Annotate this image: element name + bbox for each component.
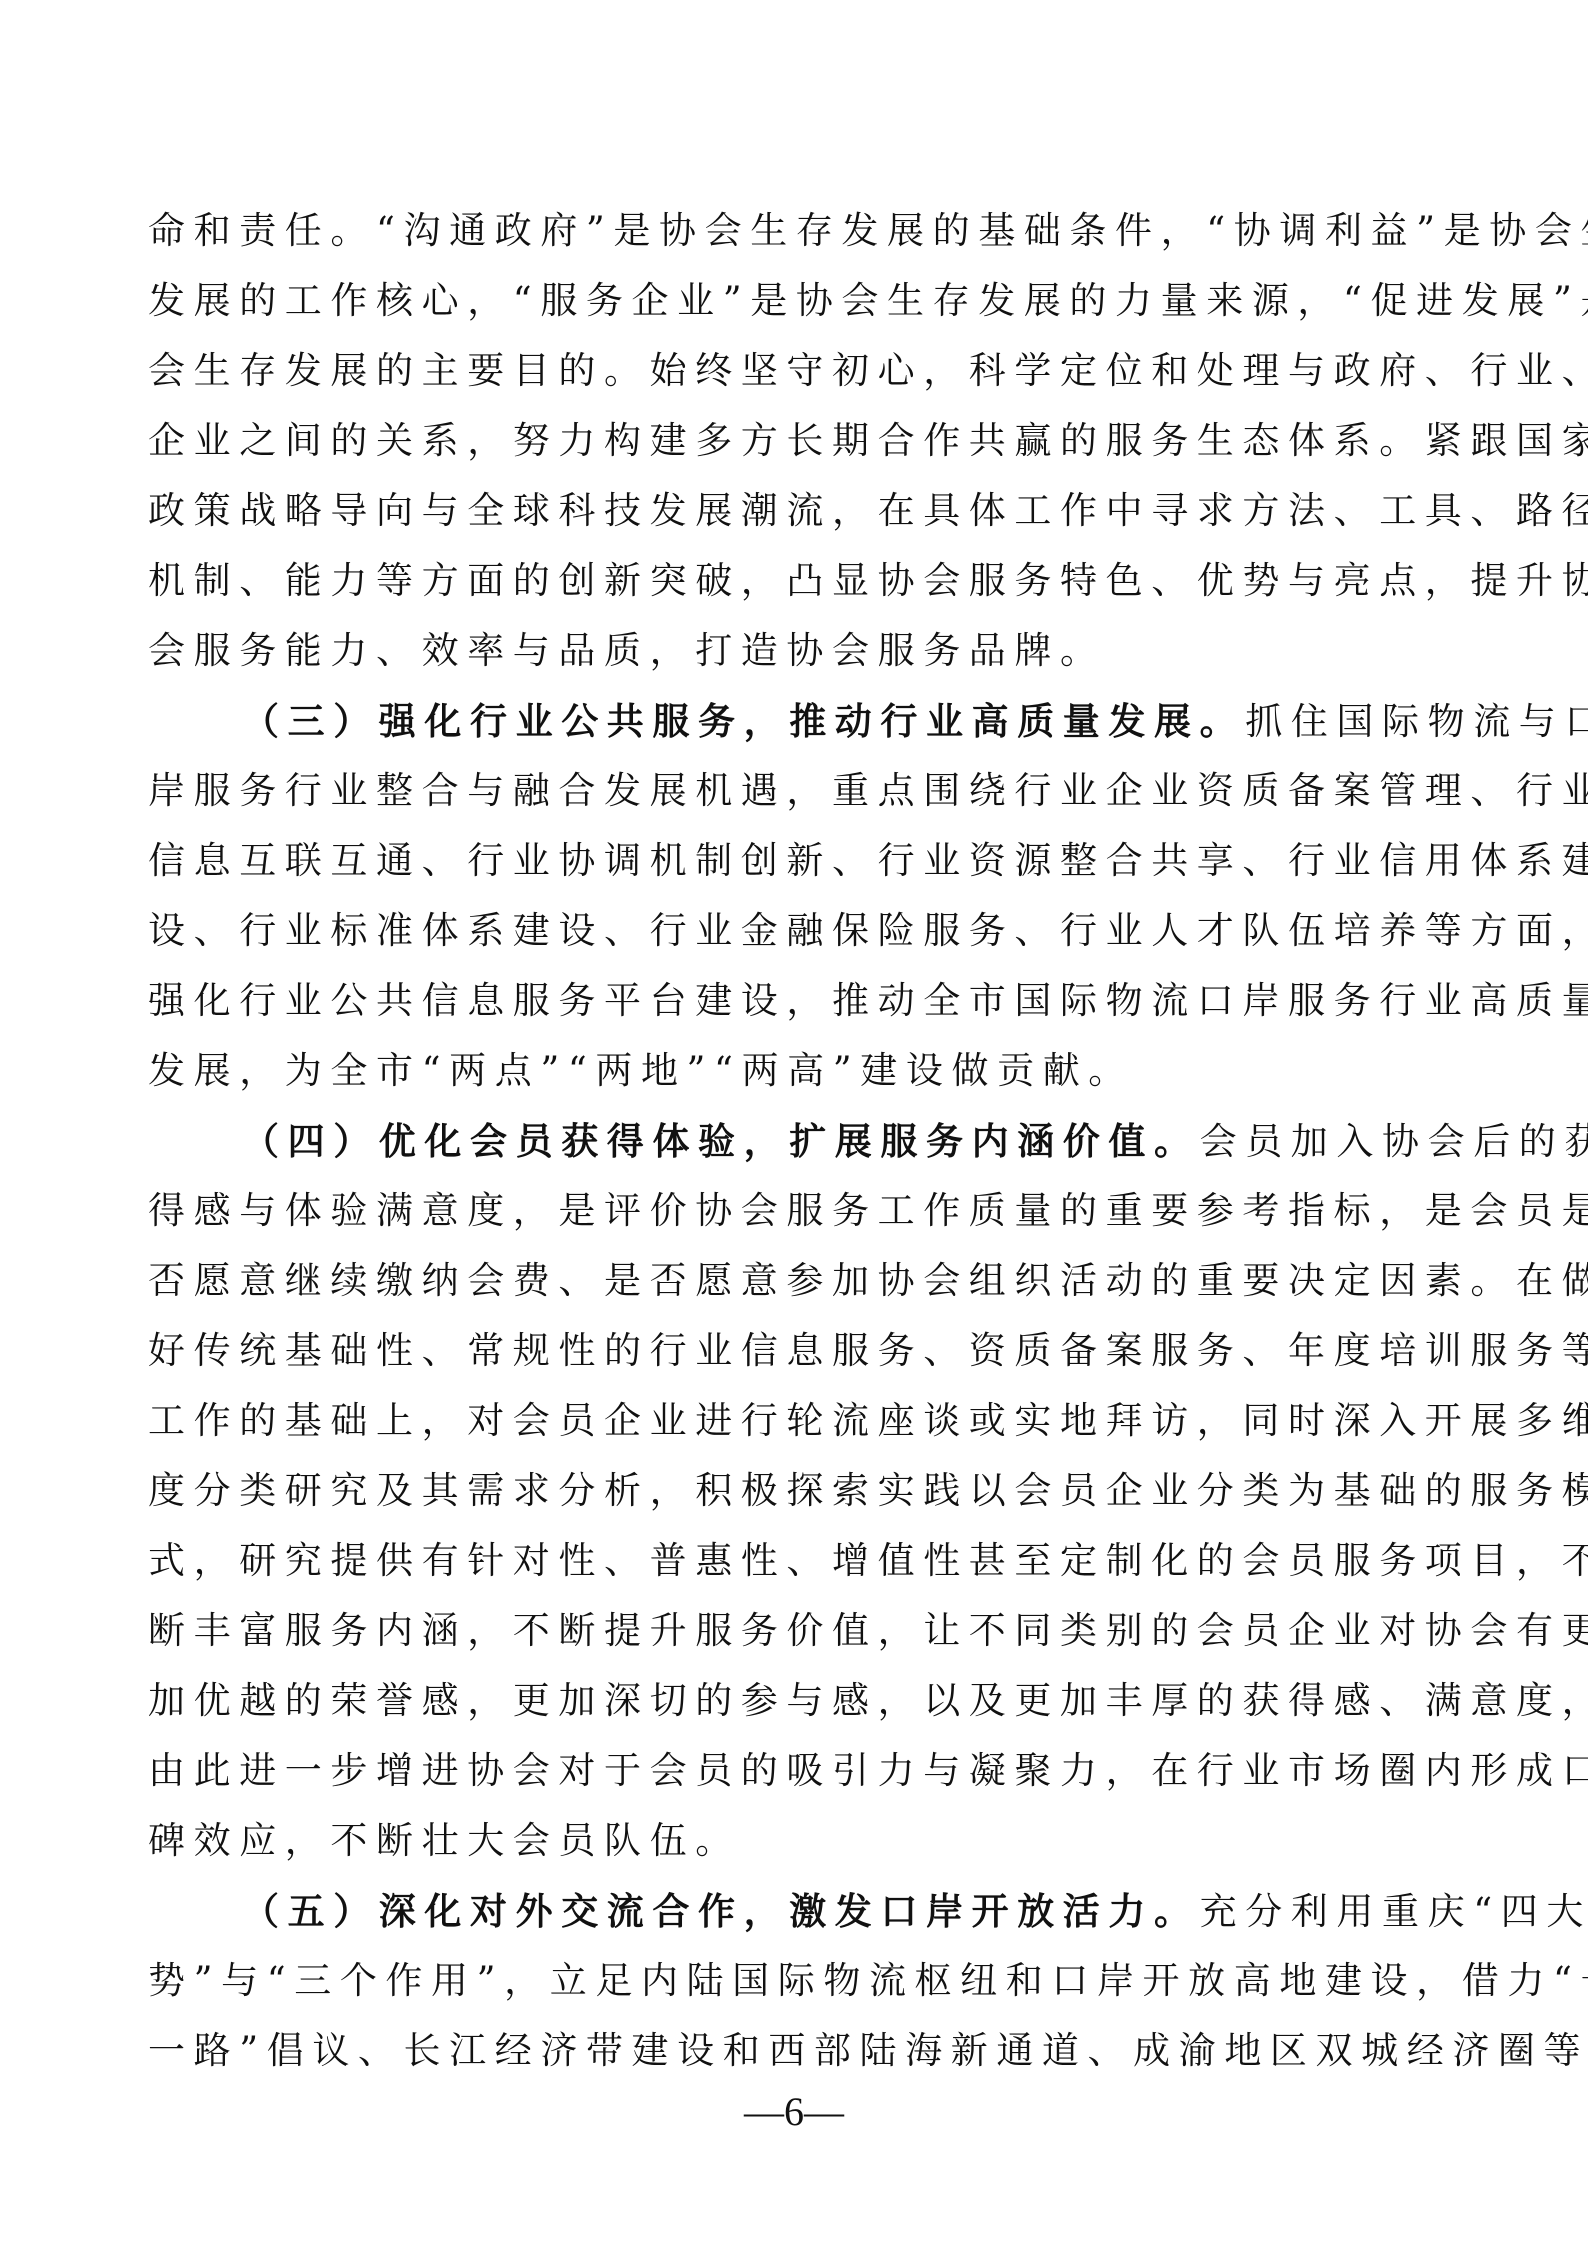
section-first-line: （三）强化行业公共服务，推动行业高质量发展。抓住国际物流与口 bbox=[148, 686, 1454, 756]
text-line: 命和责任。“沟通政府”是协会生存发展的基础条件，“协调利益”是协会生存 bbox=[148, 196, 1454, 266]
paragraph-section-5: （五）深化对外交流合作，激发口岸开放活力。充分利用重庆“四大优 势”与“三个作用… bbox=[148, 1876, 1454, 2086]
section-heading: （四）优化会员获得体验，扩展服务内涵价值。 bbox=[242, 1119, 1200, 1163]
section-heading: （五）深化对外交流合作，激发口岸开放活力。 bbox=[242, 1889, 1200, 1933]
text-line: 一路”倡议、长江经济带建设和西部陆海新通道、成渝地区双城经济圈等国 bbox=[148, 2016, 1454, 2086]
section-text: 会员加入协会后的获 bbox=[1200, 1120, 1588, 1163]
section-heading: （三）强化行业公共服务，推动行业高质量发展。 bbox=[242, 699, 1245, 743]
text-line: 强化行业公共信息服务平台建设，推动全市国际物流口岸服务行业高质量 bbox=[148, 966, 1454, 1036]
paragraph-section-3: （三）强化行业公共服务，推动行业高质量发展。抓住国际物流与口 岸服务行业整合与融… bbox=[148, 686, 1454, 1106]
section-text: 抓住国际物流与口 bbox=[1245, 700, 1588, 743]
text-line: 势”与“三个作用”，立足内陆国际物流枢纽和口岸开放高地建设，借力“一带 bbox=[148, 1946, 1454, 2016]
section-first-line: （五）深化对外交流合作，激发口岸开放活力。充分利用重庆“四大优 bbox=[148, 1876, 1454, 1946]
page-number: —6— bbox=[0, 2088, 1588, 2135]
text-line: 加优越的荣誉感，更加深切的参与感，以及更加丰厚的获得感、满意度， bbox=[148, 1666, 1454, 1736]
text-line: 信息互联互通、行业协调机制创新、行业资源整合共享、行业信用体系建 bbox=[148, 826, 1454, 896]
text-line: 得感与体验满意度，是评价协会服务工作质量的重要参考指标，是会员是 bbox=[148, 1176, 1454, 1246]
text-line: 设、行业标准体系建设、行业金融保险服务、行业人才队伍培养等方面， bbox=[148, 896, 1454, 966]
section-first-line: （四）优化会员获得体验，扩展服务内涵价值。会员加入协会后的获 bbox=[148, 1106, 1454, 1176]
text-line: 岸服务行业整合与融合发展机遇，重点围绕行业企业资质备案管理、行业 bbox=[148, 756, 1454, 826]
text-line: 否愿意继续缴纳会费、是否愿意参加协会组织活动的重要决定因素。在做 bbox=[148, 1246, 1454, 1316]
paragraph-continuation: 命和责任。“沟通政府”是协会生存发展的基础条件，“协调利益”是协会生存 发展的工… bbox=[148, 196, 1454, 686]
text-line: 机制、能力等方面的创新突破，凸显协会服务特色、优势与亮点，提升协 bbox=[148, 546, 1454, 616]
text-line: 发展，为全市“两点”“两地”“两高”建设做贡献。 bbox=[148, 1036, 1454, 1106]
paragraph-section-4: （四）优化会员获得体验，扩展服务内涵价值。会员加入协会后的获 得感与体验满意度，… bbox=[148, 1106, 1454, 1876]
text-line: 式，研究提供有针对性、普惠性、增值性甚至定制化的会员服务项目，不 bbox=[148, 1526, 1454, 1596]
text-line: 好传统基础性、常规性的行业信息服务、资质备案服务、年度培训服务等 bbox=[148, 1316, 1454, 1386]
text-line: 会服务能力、效率与品质，打造协会服务品牌。 bbox=[148, 616, 1454, 686]
text-line: 度分类研究及其需求分析，积极探索实践以会员企业分类为基础的服务模 bbox=[148, 1456, 1454, 1526]
text-line: 企业之间的关系，努力构建多方长期合作共赢的服务生态体系。紧跟国家 bbox=[148, 406, 1454, 476]
text-line: 政策战略导向与全球科技发展潮流，在具体工作中寻求方法、工具、路径、 bbox=[148, 476, 1454, 546]
document-page: 命和责任。“沟通政府”是协会生存发展的基础条件，“协调利益”是协会生存 发展的工… bbox=[148, 196, 1454, 2086]
text-line: 发展的工作核心，“服务企业”是协会生存发展的力量来源，“促进发展”是协 bbox=[148, 266, 1454, 336]
text-line: 工作的基础上，对会员企业进行轮流座谈或实地拜访，同时深入开展多维 bbox=[148, 1386, 1454, 1456]
text-line: 由此进一步增进协会对于会员的吸引力与凝聚力，在行业市场圈内形成口 bbox=[148, 1736, 1454, 1806]
section-text: 充分利用重庆“四大优 bbox=[1200, 1890, 1588, 1933]
text-line: 断丰富服务内涵，不断提升服务价值，让不同类别的会员企业对协会有更 bbox=[148, 1596, 1454, 1666]
text-line: 碑效应，不断壮大会员队伍。 bbox=[148, 1806, 1454, 1876]
text-line: 会生存发展的主要目的。始终坚守初心，科学定位和处理与政府、行业、 bbox=[148, 336, 1454, 406]
